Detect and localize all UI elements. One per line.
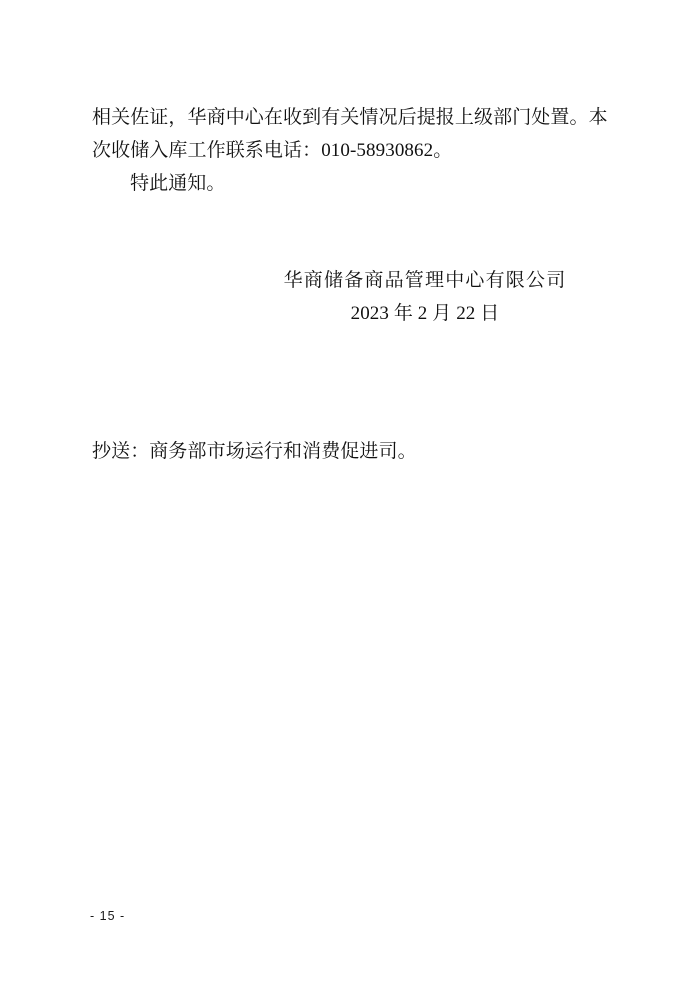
signature-block: 华商储备商品管理中心有限公司 2023 年 2 月 22 日	[150, 264, 700, 330]
page-number: - 15 -	[90, 906, 125, 926]
paragraph-line-1: 相关佐证，华商中心在收到有关情况后提报上级部门处置。本	[92, 101, 614, 134]
document-page: 相关佐证，华商中心在收到有关情况后提报上级部门处置。本 次收储入库工作联系电话：…	[0, 0, 700, 989]
cc-line: 抄送：商务部市场运行和消费促进司。	[92, 435, 417, 468]
main-paragraph: 相关佐证，华商中心在收到有关情况后提报上级部门处置。本 次收储入库工作联系电话：…	[92, 101, 614, 200]
closing-notice-line: 特此通知。	[92, 167, 614, 200]
signature-date: 2023 年 2 月 22 日	[150, 297, 700, 330]
paragraph-line-2: 次收储入库工作联系电话：010-58930862。	[92, 134, 614, 167]
signature-company-name: 华商储备商品管理中心有限公司	[150, 264, 700, 297]
